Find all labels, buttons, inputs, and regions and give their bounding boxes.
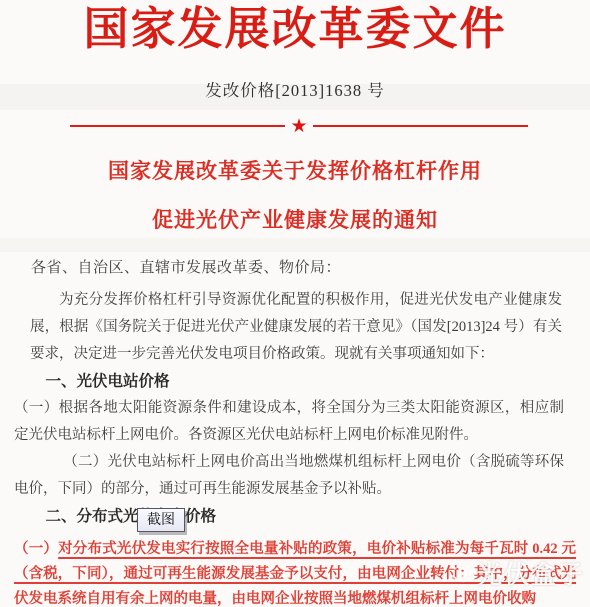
section2-item1-text: 对分布式光伏发电实行按照全电量补贴的政策，电价补贴标准为每千瓦时 0.42 元（… — [14, 541, 576, 607]
star-icon: ★ — [290, 117, 307, 136]
section1-item2: （二）光伏电站标杆上网电价高出当地燃煤机组标杆上网电价（含脱硫等环保电价，下同）… — [14, 449, 564, 503]
notice-title-line2: 促进光伏产业健康发展的通知 — [0, 208, 590, 234]
screenshot-tooltip[interactable]: 截图 — [137, 508, 185, 532]
section1-item1: （一）根据各地太阳能资源条件和建设成本，将全国分为三类太阳能资源区，相应制定光伏… — [14, 395, 564, 449]
section2-item1-number: （一） — [14, 541, 58, 557]
section1-heading: 一、光伏电站价格 — [30, 368, 562, 395]
letterhead-title: 国家发展改革委文件 — [0, 0, 590, 56]
divider-line-left — [70, 125, 285, 127]
intro-paragraph: 为充分发挥价格杠杆引导资源优化配置的积极作用，促进光伏发电产业健康发展，根据《国… — [30, 287, 562, 368]
divider-line-right — [313, 125, 528, 127]
document-number: 发改价格[2013]1638 号 — [0, 77, 590, 101]
document-page: 国家发展改革委文件 发改价格[2013]1638 号 ★ 国家发展改革委关于发挥… — [0, 0, 590, 607]
notice-title-line1: 国家发展改革委关于发挥价格杠杆作用 — [0, 159, 590, 185]
letterhead-divider: ★ — [70, 116, 528, 136]
section2-heading: 二、分布式光伏发电价格 — [30, 503, 562, 530]
section2-item1: （一）对分布式光伏发电实行按照全电量补贴的政策，电价补贴标准为每千瓦时 0.42… — [14, 537, 576, 607]
salutation: 各省、自治区、直辖市发展改革委、物价局： — [31, 258, 562, 279]
